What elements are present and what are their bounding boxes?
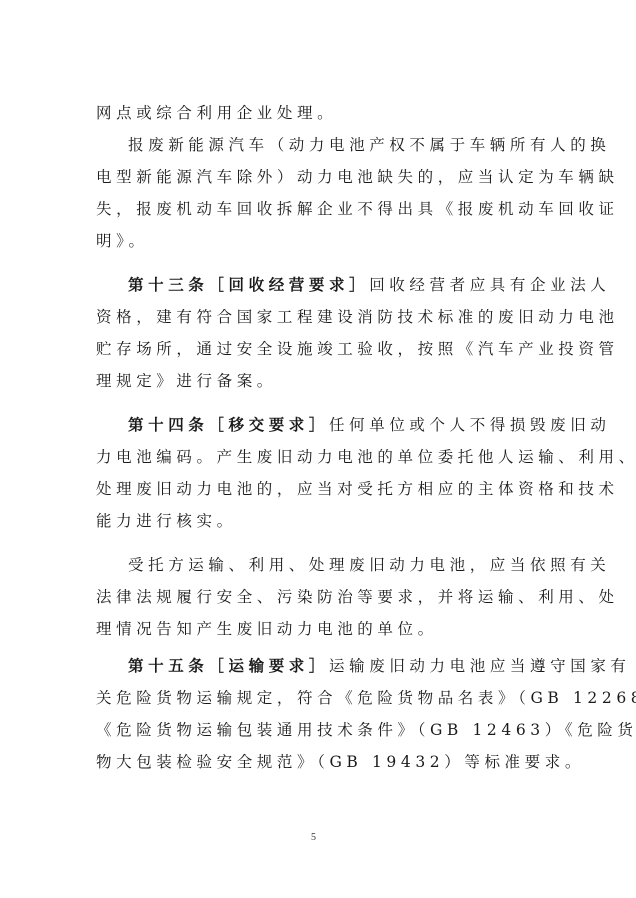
article-heading: 第十四条［移交要求］ [128, 415, 329, 434]
paragraph-line: 明》。 [96, 229, 542, 253]
article-15-first-line: 第十五条［运输要求］运输废旧动力电池应当遵守国家有 [128, 654, 542, 678]
article-heading: 第十三条［回收经营要求］ [128, 275, 369, 294]
paragraph-line: 力电池编码。产生废旧动力电池的单位委托他人运输、利用、 [96, 445, 542, 469]
paragraph-line: 物大包装检验安全规范》（GB 19432）等标准要求。 [96, 750, 542, 774]
article-heading: 第十五条［运输要求］ [128, 656, 329, 675]
paragraph-line: 贮存场所，通过安全设施竣工验收，按照《汽车产业投资管 [96, 337, 542, 361]
paragraph-line: 处理废旧动力电池的，应当对受托方相应的主体资格和技术 [96, 477, 542, 501]
article-13-first-line: 第十三条［回收经营要求］回收经营者应具有企业法人 [128, 273, 542, 297]
paragraph-line: 能力进行核实。 [96, 509, 542, 533]
document-page: 网点或综合利用企业处理。 报废新能源汽车（动力电池产权不属于车辆所有人的换 电型… [0, 0, 636, 898]
paragraph-line: 《危险货物运输包装通用技术条件》（GB 12463）《危险货 [96, 718, 542, 742]
paragraph-line: 理情况告知产生废旧动力电池的单位。 [96, 617, 542, 641]
paragraph-line: 受托方运输、利用、处理废旧动力电池，应当依照有关 [128, 553, 542, 577]
article-text: 回收经营者应具有企业法人 [369, 276, 610, 294]
paragraph-line: 失，报废机动车回收拆解企业不得出具《报废机动车回收证 [96, 197, 542, 221]
paragraph-line: 电型新能源汽车除外）动力电池缺失的，应当认定为车辆缺 [96, 165, 542, 189]
article-text: 任何单位或个人不得损毁废旧动 [329, 416, 610, 434]
article-text: 运输废旧动力电池应当遵守国家有 [329, 657, 631, 675]
article-14-first-line: 第十四条［移交要求］任何单位或个人不得损毁废旧动 [128, 413, 542, 437]
paragraph-line: 关危险货物运输规定，符合《危险货物品名表》（GB 12268） [96, 686, 542, 710]
paragraph-line: 法律法规履行安全、污染防治等要求，并将运输、利用、处 [96, 585, 542, 609]
page-number: 5 [311, 832, 316, 844]
paragraph-line: 理规定》进行备案。 [96, 369, 542, 393]
paragraph-line: 资格，建有符合国家工程建设消防技术标准的废旧动力电池 [96, 305, 542, 329]
paragraph-line: 网点或综合利用企业处理。 [96, 101, 542, 125]
paragraph-line: 报废新能源汽车（动力电池产权不属于车辆所有人的换 [128, 133, 542, 157]
